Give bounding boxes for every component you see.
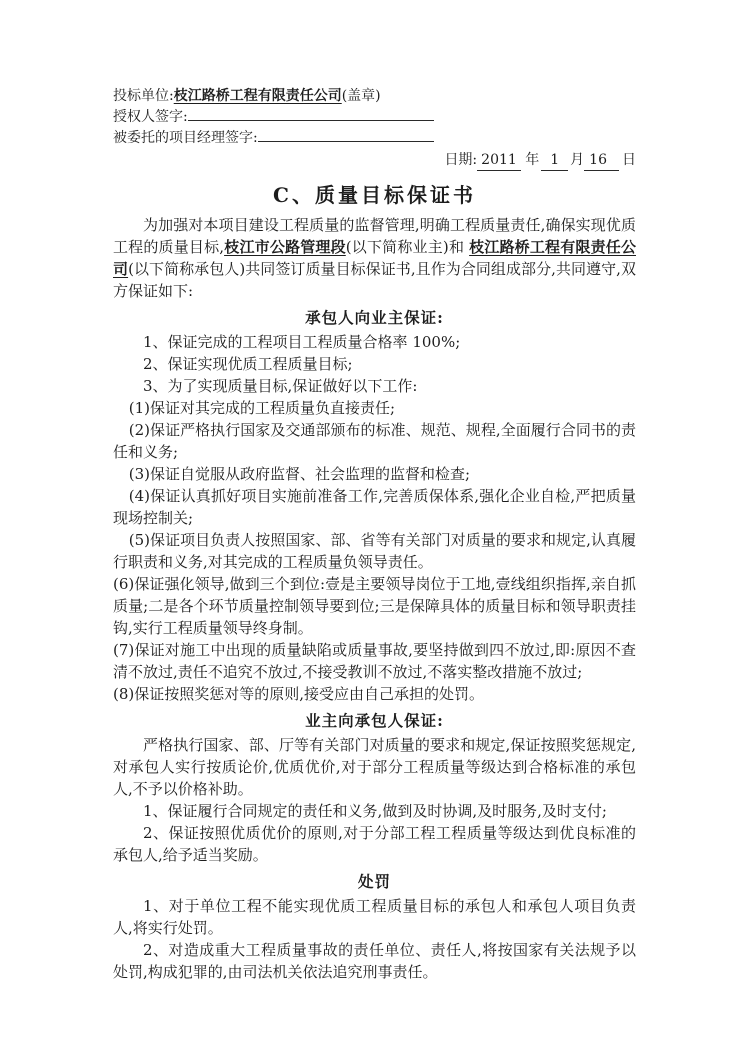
pm-sign-line: 被委托的项目经理签字: — [113, 128, 636, 148]
owner-name: 枝江市公路管理段 — [224, 238, 346, 256]
contractor-subclause-7: (7)保证对施工中出现的质量缺陷或质量事故,要坚持做到四不放过,即:原因不查清不… — [113, 639, 636, 683]
contractor-subclause-5: (5)保证项目负责人按照国家、部、省等有关部门对质量的要求和规定,认真履行职责和… — [113, 529, 636, 573]
penalty-paragraph-1: 1、对于单位工程不能实现优质工程质量目标的承包人和承包人项目负责人,将实行处罚。 — [113, 895, 636, 939]
intro-paragraph: 为加强对本项目建设工程质量的监督管理,明确工程质量责任,确保实现优质工程的质量目… — [113, 214, 636, 302]
date-year-unit: 年 — [525, 152, 539, 168]
pm-sign-blank — [258, 129, 434, 142]
contractor-subclause-4: (4)保证认真抓好项目实施前准备工作,完善质保体系,强化企业自检,严把质量现场控… — [113, 485, 636, 529]
contractor-subclause-1: (1)保证对其完成的工程质量负直接责任; — [113, 397, 636, 419]
owner-paragraph-3: 2、保证按照优质优价的原则,对于分部工程工程质量等级达到优良标准的承包人,给予适… — [113, 822, 636, 866]
contractor-subclause-3: (3)保证自觉服从政府监督、社会监理的监督和检查; — [113, 463, 636, 485]
contractor-clause-2: 2、保证实现优质工程质量目标; — [113, 353, 636, 375]
bidder-name: 枝江路桥工程有限责任公司 — [174, 88, 342, 104]
authorized-sign-blank — [188, 108, 434, 121]
contractor-subclause-2: (2)保证严格执行国家及交通部颁布的标准、规范、规程,全面履行合同书的责任和义务… — [113, 419, 636, 463]
date-label: 日期: — [444, 152, 477, 168]
section-heading-owner: 业主向承包人保证: — [113, 709, 636, 731]
date-month-unit: 月 — [570, 152, 584, 168]
contractor-clause-3: 3、为了实现质量目标,保证做好以下工作: — [113, 375, 636, 397]
intro-seg3: (以下简称承包人)共同签订质量目标保证书,且作为合同组成部分,共同遵守,双方保证… — [113, 260, 636, 300]
date-day-unit: 日 — [622, 152, 636, 168]
section-heading-penalty: 处罚 — [113, 870, 636, 892]
penalty-paragraph-2: 2、对造成重大工程质量事故的责任单位、责任人,将按国家有关法规予以处罚,构成犯罪… — [113, 939, 636, 983]
contractor-subclause-8: (8)保证按照奖惩对等的原则,接受应由自己承担的处罚。 — [113, 683, 636, 705]
authorized-sign-label: 授权人签字: — [113, 109, 188, 125]
header-block: 投标单位:枝江路桥工程有限责任公司(盖章) 授权人签字: 被委托的项目经理签字:… — [113, 86, 636, 171]
seal-note: (盖章) — [342, 88, 381, 104]
intro-seg2: (以下简称业主)和 — [346, 238, 469, 256]
document-page: 投标单位:枝江路桥工程有限责任公司(盖章) 授权人签字: 被委托的项目经理签字:… — [0, 0, 744, 1052]
owner-paragraph-2: 1、保证履行合同规定的责任和义务,做到及时协调,及时服务,及时支付; — [113, 800, 636, 822]
date-year: 2011 — [477, 150, 521, 171]
bidder-label: 投标单位: — [113, 88, 174, 104]
date-day: 16 — [584, 150, 619, 171]
pm-sign-label: 被委托的项目经理签字: — [113, 130, 258, 146]
bidder-line: 投标单位:枝江路桥工程有限责任公司(盖章) — [113, 86, 636, 106]
owner-paragraph-1: 严格执行国家、部、厅等有关部门对质量的要求和规定,保证按照奖惩规定,对承包人实行… — [113, 734, 636, 800]
date-month: 1 — [541, 150, 568, 171]
authorized-sign-line: 授权人签字: — [113, 107, 636, 127]
section-heading-contractor: 承包人向业主保证: — [113, 306, 636, 328]
contractor-subclause-6: (6)保证强化领导,做到三个到位:壹是主要领导岗位于工地,壹线组织指挥,亲自抓质… — [113, 573, 636, 639]
contractor-clause-1: 1、保证完成的工程项目工程质量合格率 100%; — [113, 331, 636, 353]
date-line: 日期:2011 年1月16日 — [113, 150, 636, 171]
document-title: C、质量目标保证书 — [113, 179, 636, 208]
